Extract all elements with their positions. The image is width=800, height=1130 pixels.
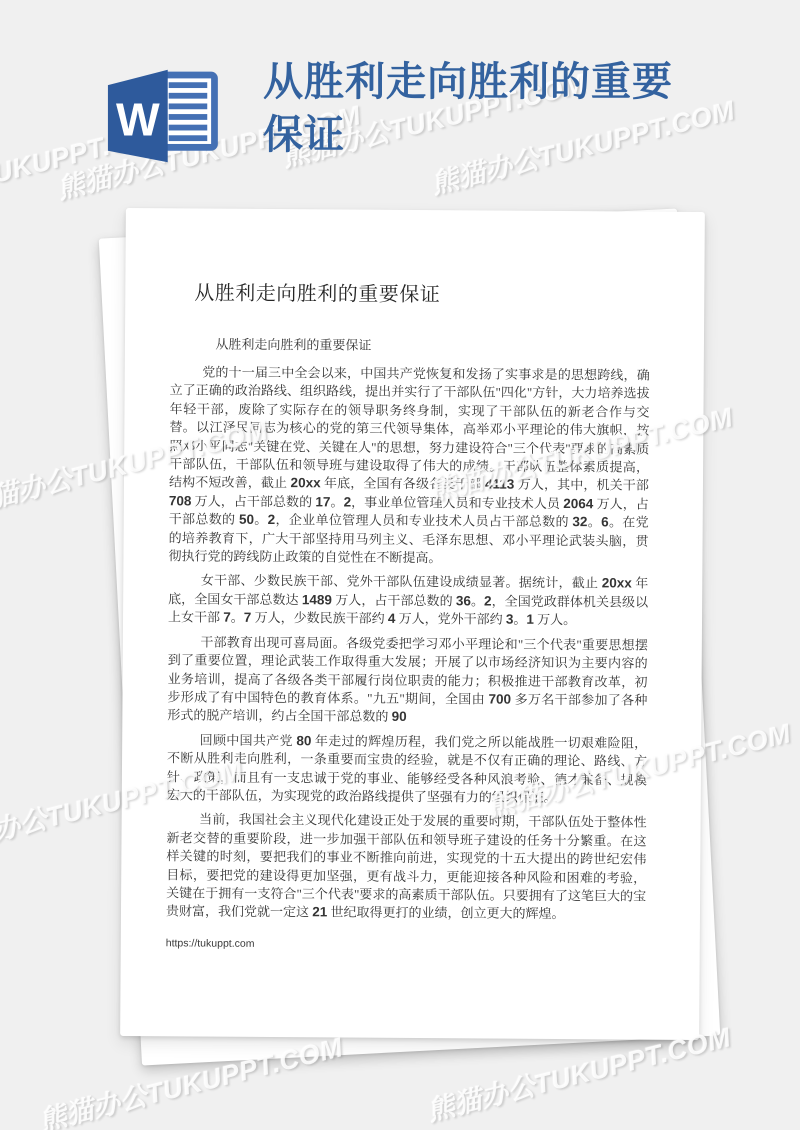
word-icon: W [98,62,222,170]
paragraph-1: 党的十一届三中全会以来，中国共产党恢复和发扬了实事求是的思想跨线，确立了正确的政… [168,363,649,569]
page-title: 从胜利走向胜利的重要保证 [263,56,695,162]
source-link[interactable]: https://tukuppt.com [166,937,255,950]
page-background: W 从胜利走向胜利的重要保证 从胜利走向胜利的重要保证 从胜利走向胜利的重要保证… [0,0,800,1130]
paragraph-3: 干部教育出现可喜局面。各级党委把学习邓小平理论和"三个代表"重要思想摆到了重要位… [167,633,648,728]
paragraph-4: 回顾中国共产党 80 年走过的辉煌历程，我们党之所以能战胜一切艰难险阻，不断从胜… [167,731,648,808]
doc-subtitle: 从胜利走向胜利的重要保证 [170,335,650,356]
paragraph-5: 当前，我国社会主义现代化建设正处于发展的重要时期，干部队伍处于整体性新老交替的重… [166,811,647,925]
paragraph-2: 女干部、少数民族干部、党外干部队伍建设成绩显著。据统计，截止 20xx 年底，全… [168,572,648,631]
document-page: 从胜利走向胜利的重要保证 从胜利走向胜利的重要保证 党的十一届三中全会以来，中国… [120,208,705,1040]
word-logo-letter: W [116,93,160,145]
doc-title: 从胜利走向胜利的重要保证 [194,276,650,308]
document-header: W 从胜利走向胜利的重要保证 [0,0,800,200]
